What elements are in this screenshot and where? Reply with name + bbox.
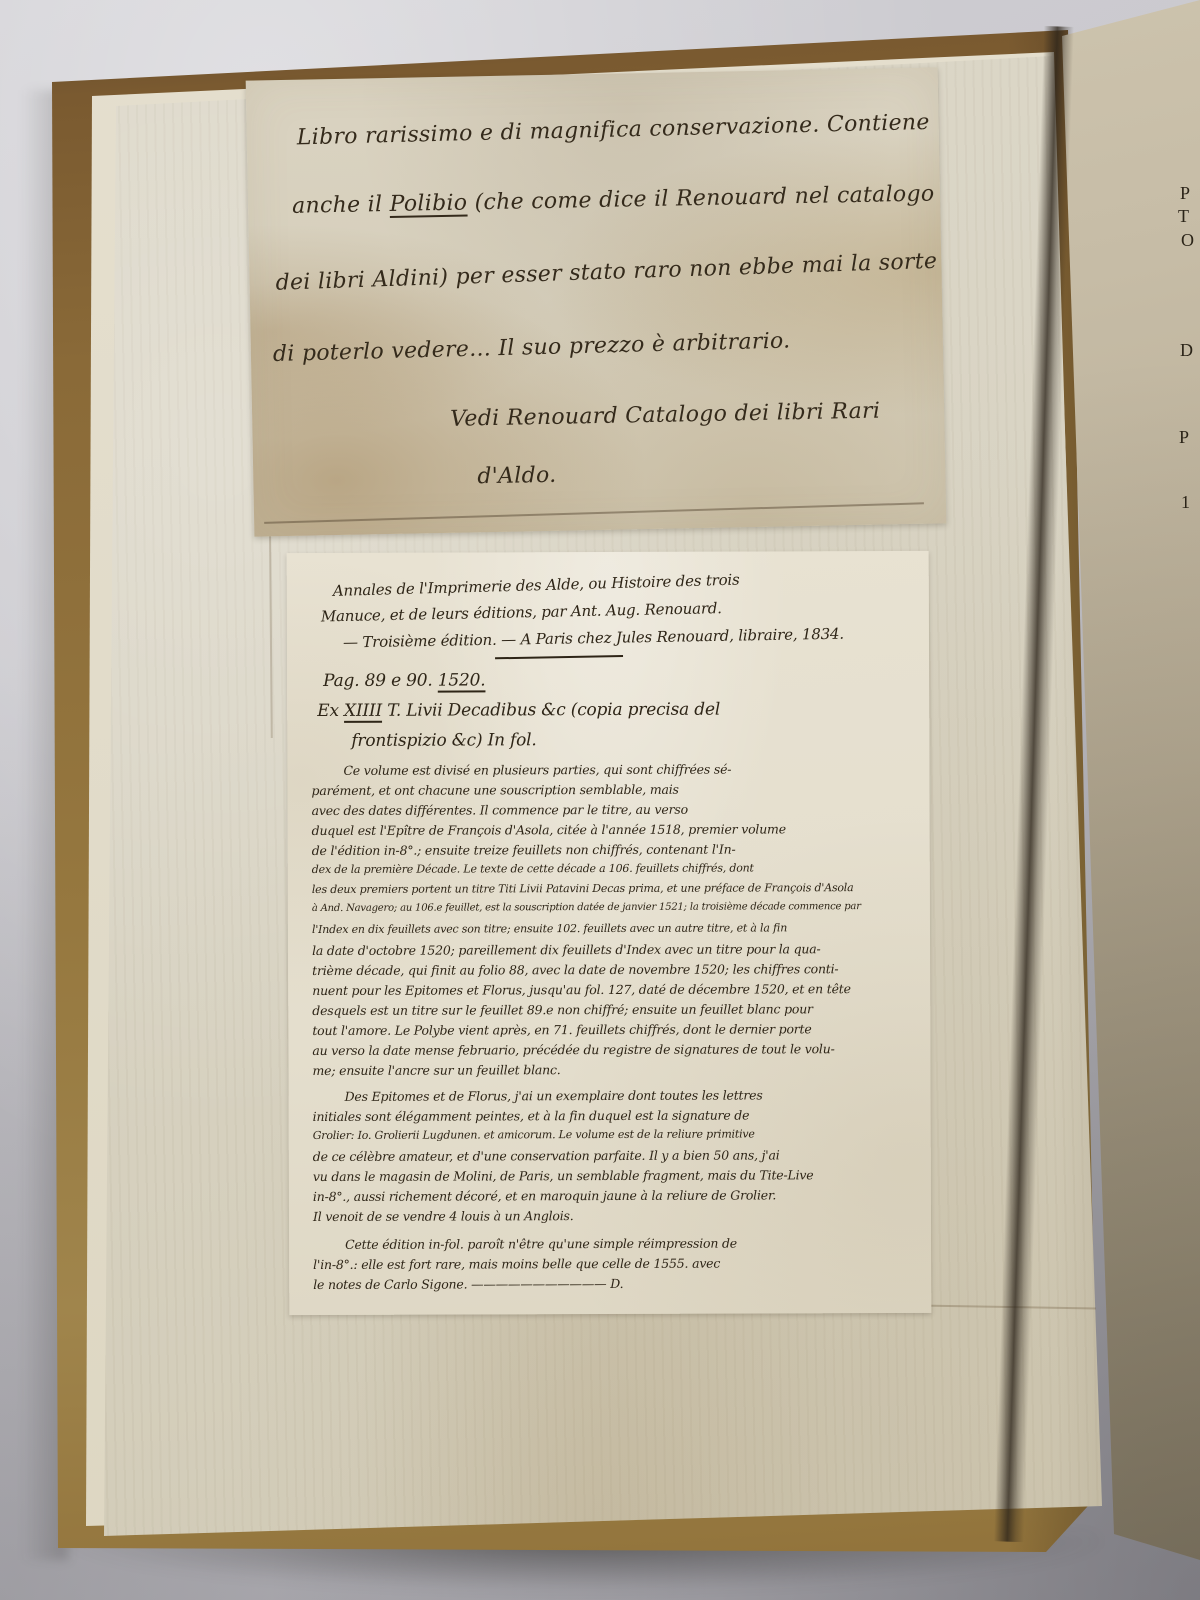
- body-line: la date d'octobre 1520; pareillement dix…: [312, 941, 820, 958]
- note-fold-crease: [264, 502, 924, 524]
- body-line: Des Epitomes et de Florus, j'ai un exemp…: [313, 1087, 763, 1104]
- body-line: trième décade, qui finit au folio 88, av…: [312, 961, 838, 978]
- body-line: Cette édition in-fol. paroît n'être qu'u…: [313, 1236, 737, 1252]
- note-title-line: Manuce, et de leurs éditions, par Ant. A…: [321, 599, 722, 625]
- body-line: l'in-8°.: elle est fort rare, mais moins…: [313, 1256, 720, 1272]
- body-line: duquel est l'Epître de François d'Asola,…: [312, 821, 786, 838]
- handwritten-line: Libro rarissimo e di magnifica conservaz…: [296, 110, 929, 150]
- printed-letter: P: [1179, 427, 1190, 448]
- body-line: vu dans le magasin de Molini, de Paris, …: [313, 1167, 814, 1184]
- underlined-year: 1520.: [438, 670, 486, 690]
- body-line: le notes de Carlo Sigone. ——————————— D.: [313, 1276, 623, 1292]
- line-text: anche il: [292, 192, 390, 219]
- body-line: Grolier: Io. Grolierii Lugdunen. et amic…: [313, 1127, 755, 1142]
- body-line: nuent pour les Epitomes et Florus, jusqu…: [312, 981, 851, 998]
- body-line: au verso la date mense februario, précéd…: [312, 1041, 834, 1058]
- body-line: parément, et ont chacune une souscriptio…: [311, 782, 678, 798]
- edition-reference-line: Ex XIIII T. Livii Decadibus &c (copia pr…: [317, 700, 720, 721]
- line-text: Pag. 89 e 90.: [323, 671, 438, 691]
- line-text: T. Livii Decadibus &c (copia precisa del: [382, 700, 720, 721]
- handwritten-citation-line: Vedi Renouard Catalogo dei libri Rari: [450, 399, 880, 432]
- page-reference-line: Pag. 89 e 90. 1520.: [323, 670, 485, 691]
- underlined-word: Polibio: [389, 190, 467, 216]
- printed-letter: 1: [1181, 492, 1191, 513]
- title-underline: [495, 655, 623, 659]
- pasted-note-italian: Libro rarissimo e di magnifica conservaz…: [246, 67, 947, 536]
- body-line: Ce volume est divisé en plusieurs partie…: [311, 762, 731, 778]
- body-line: à And. Navagero; au 106.e feuillet, est …: [312, 901, 861, 914]
- handwritten-line: anche il Polibio (che come dice il Renou…: [292, 181, 935, 218]
- body-line: Il venoit de se vendre 4 louis à un Angl…: [313, 1208, 574, 1224]
- body-line: de l'édition in-8°.; ensuite treize feui…: [312, 842, 736, 858]
- handwritten-line: di poterlo vedere... Il suo prezzo è arb…: [273, 328, 791, 367]
- note-title-line: Annales de l'Imprimerie des Alde, ou His…: [333, 571, 740, 600]
- body-line: dex de la première Décade. Le texte de c…: [312, 861, 754, 876]
- handwritten-citation-line: d'Aldo.: [477, 463, 557, 490]
- pasted-note-french: Annales de l'Imprimerie des Alde, ou His…: [287, 551, 932, 1315]
- body-line: initiales sont élégamment peintes, et à …: [313, 1108, 750, 1125]
- body-line: avec des dates différentes. Il commence …: [312, 802, 688, 818]
- underlined-numeral: XIIII: [344, 701, 382, 721]
- printed-letter: P: [1180, 183, 1191, 204]
- body-line: de ce célèbre amateur, et d'une conserva…: [313, 1147, 780, 1164]
- body-line: me; ensuite l'ancre sur un feuillet blan…: [312, 1062, 560, 1078]
- line-text: Ex: [317, 701, 344, 721]
- body-line: les deux premiers portent un titre Titi …: [312, 881, 854, 896]
- body-line: in-8°., aussi richement décoré, et en ma…: [313, 1187, 776, 1204]
- line-text: (che come dice il Renouard nel catalogo: [467, 181, 935, 215]
- printed-letter: D: [1180, 340, 1194, 361]
- body-line: tout l'amore. Le Polybe vient après, en …: [312, 1021, 811, 1038]
- edition-reference-line: frontispizio &c) In fol.: [351, 730, 536, 751]
- handwritten-line: dei libri Aldini) per esser stato raro n…: [275, 249, 937, 296]
- body-line: l'Index en dix feuillets avec son titre;…: [312, 921, 787, 936]
- note-title-line: — Troisième édition. — A Paris chez Jule…: [343, 625, 844, 652]
- printed-letter: T: [1178, 206, 1190, 227]
- printed-letter: O: [1181, 230, 1195, 251]
- body-line: desquels est un titre sur le feuillet 89…: [312, 1001, 813, 1018]
